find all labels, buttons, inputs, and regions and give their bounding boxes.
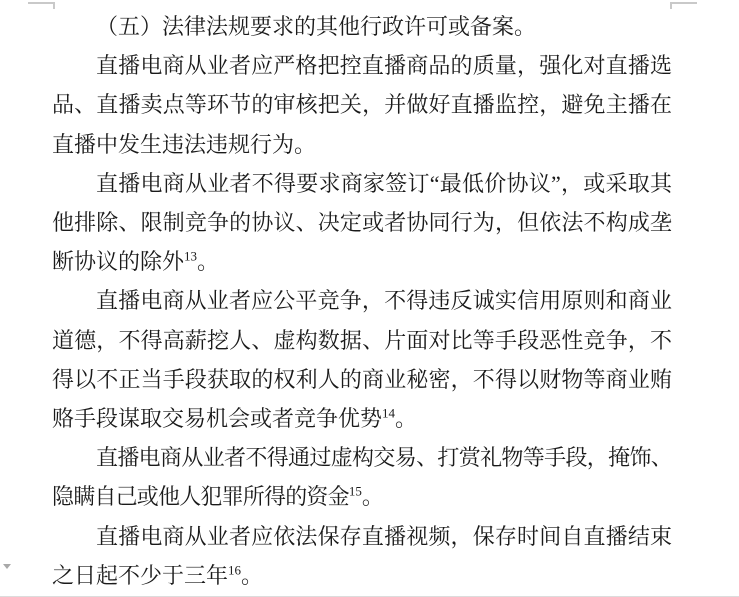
paragraph-text: 直播电商从业者应依法保存直播视频，保存时间自直播结束之日起不少于三年 (52, 524, 672, 588)
paragraph-text: 直播电商从业者应公平竞争，不得违反诚实信用原则和商业道德，不得高薪挖人、虚构数据… (52, 288, 672, 431)
crop-mark-horizontal (28, 2, 55, 4)
margin-marker-icon (3, 564, 11, 569)
paragraph: 直播电商从业者应依法保存直播视频，保存时间自直播结束之日起不少于三年16。 (52, 517, 672, 595)
paragraph-tail: 。 (241, 563, 263, 588)
paragraph: 直播电商从业者不得通过虚构交易、打赏礼物等手段，掩饰、隐瞒自己或他人犯罪所得的资… (52, 438, 672, 516)
paragraph-tail: 。 (362, 484, 383, 509)
paragraph-tail: 。 (197, 249, 219, 274)
paragraph-tail: 。 (395, 406, 417, 431)
footnote-ref: 15 (349, 484, 362, 499)
paragraph: 直播电商从业者应公平竞争，不得违反诚实信用原则和商业道德，不得高薪挖人、虚构数据… (52, 281, 672, 438)
footnote-ref: 16 (228, 563, 241, 578)
crop-mark-horizontal (670, 2, 697, 4)
paragraph: 直播电商从业者不得要求商家签订“最低价协议”，或采取其他排除、限制竞争的协议、决… (52, 164, 672, 282)
paragraph-text: 直播电商从业者不得要求商家签订“最低价协议”，或采取其他排除、限制竞争的协议、决… (52, 171, 672, 274)
footnote-ref: 13 (184, 249, 197, 264)
paragraph: 直播电商从业者应严格把控直播商品的质量，强化对直播选品、直播卖点等环节的审核把关… (52, 46, 672, 164)
paragraph-text: 直播电商从业者应严格把控直播商品的质量，强化对直播选品、直播卖点等环节的审核把关… (52, 53, 672, 156)
footnote-ref: 14 (382, 406, 395, 421)
crop-mark-top-right-icon (670, 2, 697, 10)
document-page: （五）法律法规要求的其他行政许可或备案。 直播电商从业者应严格把控直播商品的质量… (0, 0, 739, 597)
crop-mark-top-left-icon (28, 2, 55, 10)
section-heading: （五）法律法规要求的其他行政许可或备案。 (52, 7, 672, 46)
heading-text: （五）法律法规要求的其他行政许可或备案。 (96, 14, 536, 39)
document-text: （五）法律法规要求的其他行政许可或备案。 直播电商从业者应严格把控直播商品的质量… (52, 7, 672, 595)
